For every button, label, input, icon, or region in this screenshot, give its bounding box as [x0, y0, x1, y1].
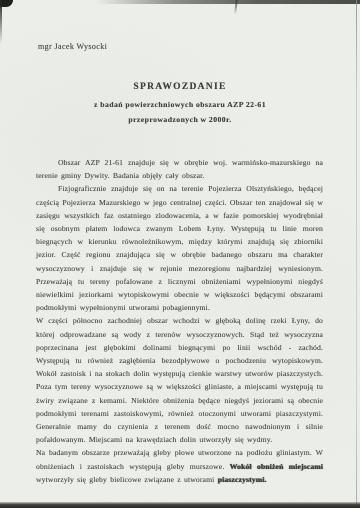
scanned-report-page: mgr Jacek Wysocki SPRAWOZDANIE z badań p… — [0, 0, 360, 508]
document-subtitle-line2: przeprowadzonych w 2000r. — [36, 115, 324, 124]
document-subtitle-line1: z badań powierzchniowych obszaru AZP 22-… — [36, 100, 324, 109]
scan-artifact-left-edge — [0, 0, 2, 44]
paragraph: Na badanym obszarze przeważają gleby pło… — [36, 446, 323, 486]
scan-artifact-bottom-edge — [0, 502, 360, 508]
scan-artifact-top-crease — [234, 0, 238, 15]
document-title: SPRAWOZDANIE — [36, 82, 324, 92]
document-body: Obszar AZP 21-61 znajduje się w obrębie … — [36, 156, 323, 486]
paragraph-text: Fizjograficznie znajduje się on na teren… — [36, 184, 323, 312]
paragraph-text: wytworzyły się gleby bielicowe związane … — [36, 475, 218, 484]
author-name: mgr Jacek Wysocki — [38, 42, 107, 51]
scan-artifact-top-edge — [96, 0, 360, 4]
paragraph-text: W części północno zachodniej obszar wcho… — [36, 316, 323, 444]
overstruck-text: Wokół obniżeń miejscami — [230, 462, 323, 471]
paragraph: Fizjograficznie znajduje się on na teren… — [36, 182, 323, 314]
paragraph: W części północno zachodniej obszar wcho… — [36, 314, 323, 446]
paragraph-text: Obszar AZP 21-61 znajduje się w obrębie … — [36, 158, 323, 180]
overstruck-text: piaszczystymi. — [218, 475, 267, 484]
paragraph: Obszar AZP 21-61 znajduje się w obrębie … — [36, 156, 323, 182]
scan-artifact-right-edge — [356, 0, 358, 508]
